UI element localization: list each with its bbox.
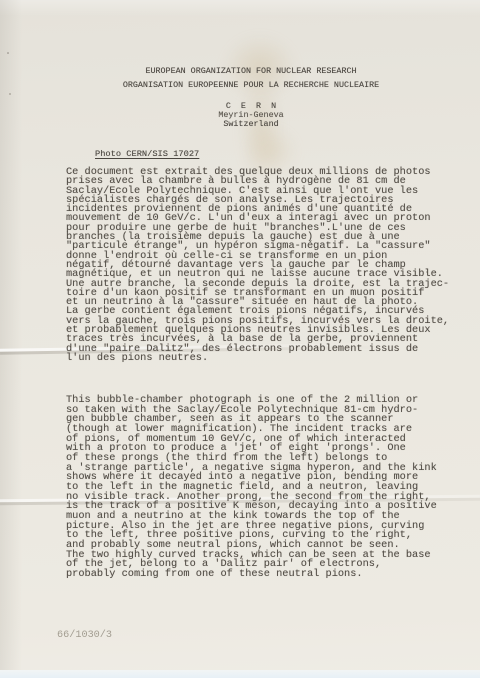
paper-speck bbox=[7, 52, 9, 54]
scan-bottom-edge bbox=[0, 670, 480, 678]
paper-speck bbox=[9, 93, 11, 95]
org-name-french: ORGANISATION EUROPEENNE POUR LA RECHERCH… bbox=[11, 80, 480, 90]
english-caption-paragraph: This bubble-chamber photograph is one of… bbox=[66, 396, 437, 579]
scanned-document-page: EUROPEAN ORGANIZATION FOR NUCLEAR RESEAR… bbox=[0, 0, 480, 678]
paper-top-highlight bbox=[0, 0, 480, 16]
document-reference-number: 66/1030/3 bbox=[57, 630, 112, 641]
org-name-english: EUROPEAN ORGANIZATION FOR NUCLEAR RESEAR… bbox=[11, 66, 480, 76]
photo-reference-title: Photo CERN/SIS 17027 bbox=[95, 149, 199, 159]
french-caption-paragraph: Ce document est extrait des quelque deux… bbox=[66, 168, 449, 363]
org-country: Switzerland bbox=[11, 119, 480, 129]
